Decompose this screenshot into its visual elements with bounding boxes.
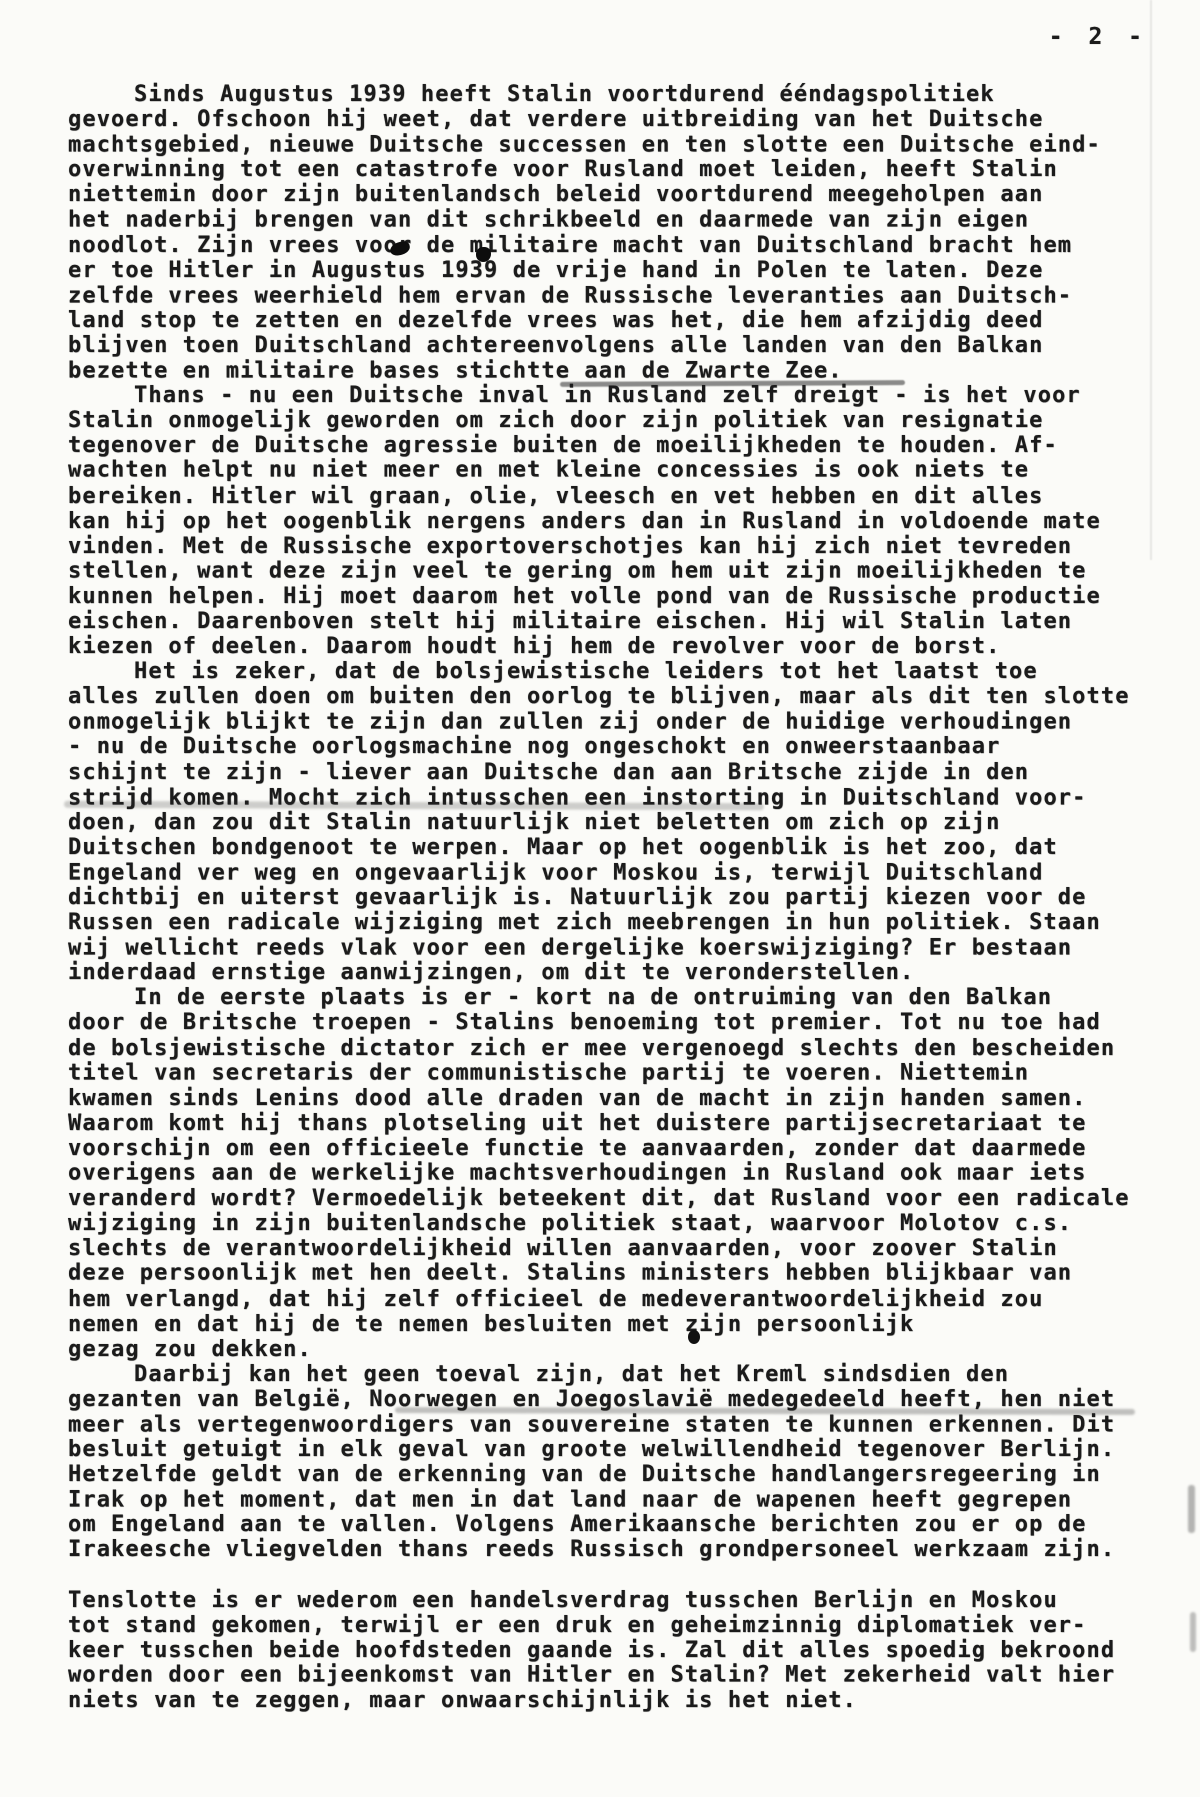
text-line: keer tusschen beide hoofdsteden gaande i… [68, 1638, 1158, 1663]
text-line: het naderbij brengen van dit schrikbeeld… [68, 208, 1158, 233]
paragraph: Tenslotte is er wederom een handelsverdr… [68, 1588, 1158, 1713]
text-line: Irakeesche vliegvelden thans reeds Russi… [68, 1537, 1158, 1562]
text-line: titel van secretaris der communistische … [68, 1060, 1158, 1085]
text-line: dichtbij en uiterst gevaarlijk is. Natuu… [68, 885, 1158, 910]
text-line: bezette en militaire bases stichtte aan … [68, 359, 1158, 384]
text-line: er toe Hitler in Augustus 1939 de vrije … [68, 258, 1158, 283]
text-line: niets van te zeggen, maar onwaarschijnli… [68, 1688, 1158, 1713]
paragraph: Het is zeker, dat de bolsjewistische lei… [68, 659, 1158, 985]
text-line: land stop te zetten en dezelfde vrees wa… [68, 308, 1158, 333]
text-line: niettemin door zijn buitenlandsch beleid… [68, 182, 1158, 207]
text-line: overwinning tot een catastrofe voor Rusl… [68, 157, 1158, 182]
text-line: noodlot. Zijn vrees voor de militaire ma… [68, 233, 1158, 258]
text-line: worden door een bijeenkomst van Hitler e… [68, 1662, 1158, 1687]
paragraph: Sinds Augustus 1939 heeft Stalin voortdu… [68, 82, 1158, 383]
text-line: bereiken. Hitler wil graan, olie, vleesc… [68, 484, 1158, 509]
text-line: tegenover de Duitsche agressie buiten de… [68, 433, 1158, 458]
text-line: nemen en dat hij de te nemen besluiten m… [68, 1312, 1158, 1337]
text-line: slechts de verantwoordelijkheid willen a… [68, 1236, 1158, 1261]
scan-edge-artifact [1190, 1612, 1196, 1652]
document-page: - 2 - Sinds Augustus 1939 heeft Stalin v… [0, 0, 1200, 1797]
text-line: gezag zou dekken. [68, 1337, 1158, 1362]
text-line: wachten helpt nu niet meer en met kleine… [68, 458, 1158, 483]
text-line: eischen. Daarenboven stelt hij militaire… [68, 609, 1158, 634]
text-line: kunnen helpen. Hij moet daarom het volle… [68, 584, 1158, 609]
text-line: Thans - nu een Duitsche inval in Rusland… [68, 383, 1158, 408]
page-number: - 2 - [1049, 24, 1148, 50]
text-line: In de eerste plaats is er - kort na de o… [68, 985, 1158, 1010]
text-line: kiezen of deelen. Daarom houdt hij hem d… [68, 634, 1158, 659]
text-line: doen, dan zou dit Stalin natuurlijk niet… [68, 810, 1158, 835]
text-line: Engeland ver weg en ongevaarlijk voor Mo… [68, 860, 1158, 885]
text-line: kwamen sinds Lenins dood alle draden van… [68, 1086, 1158, 1111]
paragraph: Daarbij kan het geen toeval zijn, dat he… [68, 1362, 1158, 1563]
text-line: Daarbij kan het geen toeval zijn, dat he… [68, 1362, 1158, 1387]
text-line: inderdaad ernstige aanwijzingen, om dit … [68, 960, 1158, 985]
text-line: stellen, want deze zijn veel te gering o… [68, 558, 1158, 583]
paragraph: Thans - nu een Duitsche inval in Rusland… [68, 383, 1158, 659]
text-line: Stalin onmogelijk geworden om zich door … [68, 408, 1158, 433]
text-line: hem verlangd, dat hij zelf officieel de … [68, 1287, 1158, 1312]
text-line: gezanten van België, Noorwegen en Joegos… [68, 1387, 1158, 1412]
text-line: voorschijn om een officieele functie te … [68, 1136, 1158, 1161]
text-line: door de Britsche troepen - Stalins benoe… [68, 1010, 1158, 1035]
text-line: strijd komen. Mocht zich intusschen een … [68, 785, 1158, 810]
text-line: Tenslotte is er wederom een handelsverdr… [68, 1588, 1158, 1613]
text-line: veranderd wordt? Vermoedelijk beteekent … [68, 1186, 1158, 1211]
text-line: overigens aan de werkelijke machtsverhou… [68, 1161, 1158, 1186]
text-line: wij wellicht reeds vlak voor een dergeli… [68, 936, 1158, 961]
text-line: onmogelijk blijkt te zijn dan zullen zij… [68, 710, 1158, 735]
text-line: machtsgebied, nieuwe Duitsche successen … [68, 133, 1158, 158]
text-line: wijziging in zijn buitenlandsche politie… [68, 1211, 1158, 1236]
text-line: vinden. Met de Russische exportoverschot… [68, 534, 1158, 559]
text-line: zelfde vrees weerhield hem ervan de Russ… [68, 283, 1158, 308]
text-line: schijnt te zijn - liever aan Duitsche da… [68, 760, 1158, 785]
text-line: blijven toen Duitschland achtereenvolgen… [68, 333, 1158, 358]
text-line: gevoerd. Ofschoon hij weet, dat verdere … [68, 107, 1158, 132]
text-line: tot stand gekomen, terwijl er een druk e… [68, 1613, 1158, 1638]
text-line: Hetzelfde geldt van de erkenning van de … [68, 1462, 1158, 1487]
text-line: Irak op het moment, dat men in dat land … [68, 1488, 1158, 1513]
text-line: Duitschen bondgenoot te werpen. Maar op … [68, 835, 1158, 860]
text-line: de bolsjewistische dictator zich er mee … [68, 1036, 1158, 1061]
text-line: Russen een radicale wijziging met zich m… [68, 910, 1158, 935]
text-line: Waarom komt hij thans plotseling uit het… [68, 1111, 1158, 1136]
text-line: alles zullen doen om buiten den oorlog t… [68, 684, 1158, 709]
text-line: - nu de Duitsche oorlogsmachine nog onge… [68, 734, 1158, 759]
text-line: Het is zeker, dat de bolsjewistische lei… [68, 659, 1158, 684]
text-body: Sinds Augustus 1939 heeft Stalin voortdu… [68, 82, 1158, 1713]
text-line: om Engeland aan te vallen. Volgens Ameri… [68, 1512, 1158, 1537]
paragraph: In de eerste plaats is er - kort na de o… [68, 985, 1158, 1361]
scan-edge-artifact [1188, 1485, 1195, 1533]
text-line: deze persoonlijk met hen deelt. Stalins … [68, 1261, 1158, 1286]
text-line: Sinds Augustus 1939 heeft Stalin voortdu… [68, 82, 1158, 107]
text-line: kan hij op het oogenblik nergens anders … [68, 509, 1158, 534]
text-line: besluit getuigt in elk geval van groote … [68, 1437, 1158, 1462]
text-line: meer als vertegenwoordigers van souverei… [68, 1412, 1158, 1437]
